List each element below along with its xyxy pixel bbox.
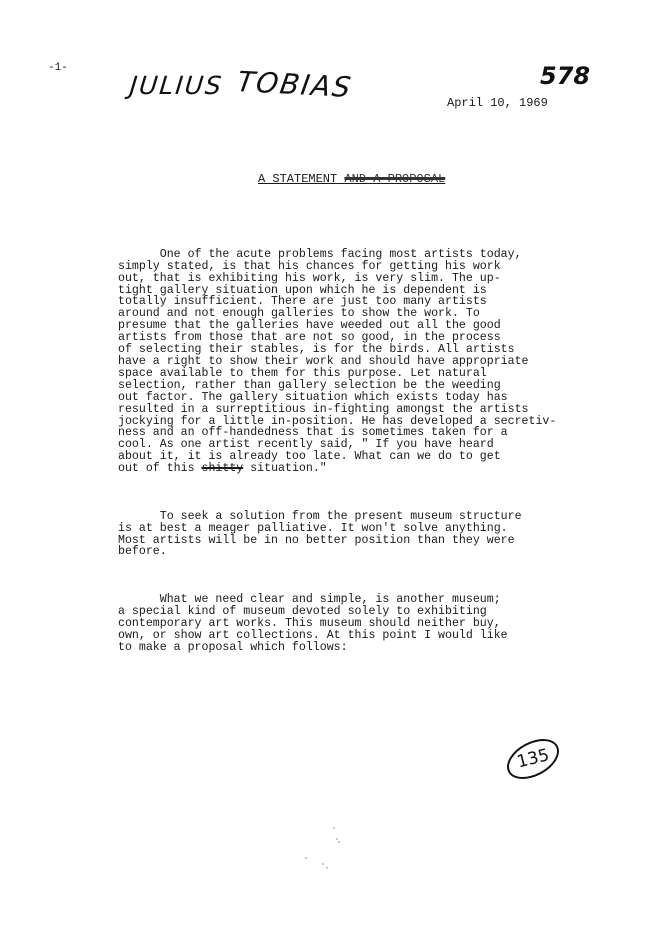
text-line: selection, rather than gallery selection…	[118, 380, 588, 392]
paragraph: One of the acute problems facing most ar…	[118, 249, 588, 475]
document-page: -1- JULIUSTOBIAS 578 April 10, 1969 A ST…	[0, 0, 650, 932]
text-line: to make a proposal which follows:	[118, 642, 588, 654]
scan-speck	[305, 857, 307, 859]
scan-speck	[326, 867, 328, 869]
document-title: A STATEMENT AND A PROPOSAL	[258, 172, 445, 186]
document-date: April 10, 1969	[447, 96, 548, 110]
text-line: resulted in a surreptitious in-fighting …	[118, 404, 588, 416]
text-line: out factor. The gallery situation which …	[118, 392, 588, 404]
handwritten-author-name: JULIUSTOBIAS	[128, 68, 354, 101]
scan-speck	[338, 841, 340, 843]
text-line: before.	[118, 546, 588, 558]
paragraph: What we need clear and simple, is anothe…	[118, 594, 588, 654]
text-line: simply stated, is that his chances for g…	[118, 261, 588, 273]
handwritten-first-name: JULIUS	[128, 71, 224, 100]
paragraph: To seek a solution from the present muse…	[118, 511, 588, 559]
scan-speck	[322, 863, 324, 865]
title-struck-text: AND A PROPOSAL	[344, 172, 445, 186]
handwritten-document-number: 578	[540, 62, 590, 90]
text-line: One of the acute problems facing most ar…	[118, 249, 588, 261]
text-line: contemporary art works. This museum shou…	[118, 618, 588, 630]
scan-speck	[333, 827, 335, 829]
text-fragment: situation."	[243, 462, 327, 475]
circled-number-text: 135	[515, 745, 551, 772]
text-line: To seek a solution from the present muse…	[118, 511, 588, 523]
scan-speck	[336, 838, 338, 840]
handwritten-last-name: TOBIAS	[235, 65, 355, 104]
text-line: is at best a meager palliative. It won't…	[118, 523, 588, 535]
text-line: out of this shitty situation."	[118, 463, 588, 475]
text-line: own, or show art collections. At this po…	[118, 630, 588, 642]
text-line: space available to them for this purpose…	[118, 368, 588, 380]
title-text: A STATEMENT	[258, 172, 337, 186]
text-fragment: out of this	[118, 462, 202, 475]
document-body: One of the acute problems facing most ar…	[118, 225, 588, 689]
struck-word: shitty	[202, 462, 244, 475]
text-line: out, that is exhibiting his work, is ver…	[118, 273, 588, 285]
page-marker: -1-	[48, 62, 68, 74]
text-line: Most artists will be in no better positi…	[118, 535, 588, 547]
circled-page-number: 135	[500, 731, 565, 787]
